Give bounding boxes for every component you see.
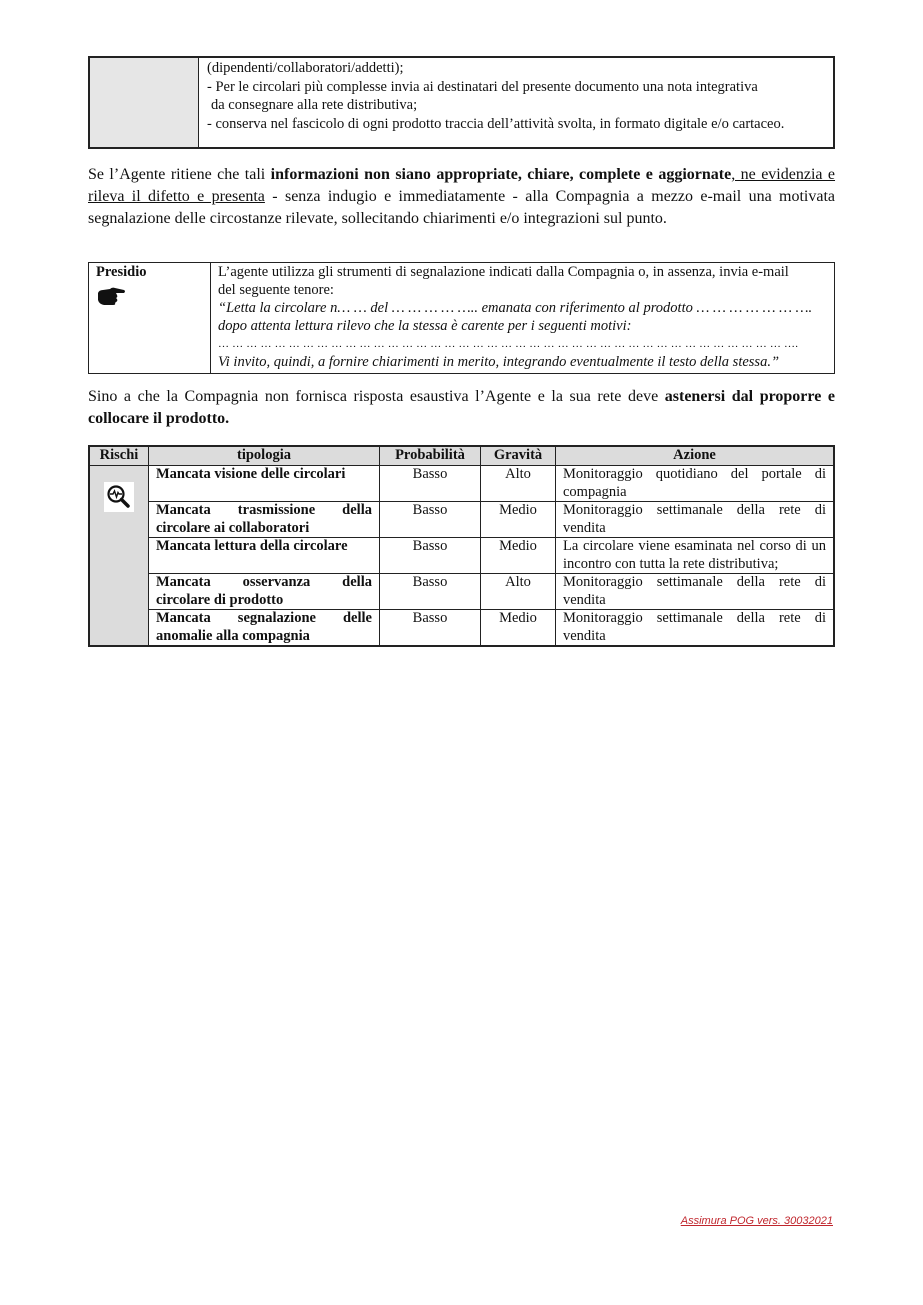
risk-header-tipologia: tipologia bbox=[149, 446, 380, 466]
risk-header-azione: Azione bbox=[556, 446, 835, 466]
risk-tipologia: Mancata segnalazione delle anomalie alla… bbox=[149, 610, 380, 647]
presidio-email-template: … … … … … … … … … … … … … … … … … … … … … bbox=[218, 335, 826, 353]
paragraph-agent-check: Se l’Agente ritiene che tali informazion… bbox=[88, 164, 835, 230]
risk-probabilita: Basso bbox=[380, 574, 481, 610]
risk-table-header-row: Rischi tipologia Probabilità Gravità Azi… bbox=[89, 446, 834, 466]
paragraph-text: Se l’Agente ritiene che tali bbox=[88, 166, 271, 183]
presidio-intro: L’agente utilizza gli strumenti di segna… bbox=[218, 263, 826, 281]
continuation-table: (dipendenti/collaboratori/addetti); - Pe… bbox=[88, 56, 835, 149]
rischi-icon-cell bbox=[89, 466, 149, 647]
continuation-line: - conserva nel fascicolo di ogni prodott… bbox=[207, 115, 825, 134]
risk-gravita: Alto bbox=[481, 574, 556, 610]
continuation-line: - Per le circolari più complesse invia a… bbox=[207, 78, 825, 97]
continuation-line: da consegnare alla rete distributiva; bbox=[207, 96, 825, 115]
magnifier-pulse-icon bbox=[104, 482, 134, 512]
risk-tipologia: Mancata visione delle circolari bbox=[149, 466, 380, 502]
risk-table: Rischi tipologia Probabilità Gravità Azi… bbox=[88, 445, 835, 647]
continuation-line: (dipendenti/collaboratori/addetti); bbox=[207, 59, 825, 78]
paragraph-bold-text: informazioni non siano appropriate, chia… bbox=[271, 166, 732, 183]
risk-probabilita: Basso bbox=[380, 538, 481, 574]
risk-azione: Monitoraggio settimanale della rete di v… bbox=[556, 502, 835, 538]
table-row: Mancata trasmissione della circolare ai … bbox=[89, 502, 834, 538]
risk-header-gravita: Gravità bbox=[481, 446, 556, 466]
risk-tipologia: Mancata trasmissione della circolare ai … bbox=[149, 502, 380, 538]
table-row: Mancata segnalazione delle anomalie alla… bbox=[89, 610, 834, 647]
paragraph-text: Sino a che la Compagnia non fornisca ris… bbox=[88, 388, 665, 405]
risk-header-probabilita: Probabilità bbox=[380, 446, 481, 466]
risk-azione: Monitoraggio settimanale della rete di v… bbox=[556, 574, 835, 610]
continuation-table-content-cell: (dipendenti/collaboratori/addetti); - Pe… bbox=[199, 57, 835, 148]
risk-probabilita: Basso bbox=[380, 610, 481, 647]
risk-azione: Monitoraggio settimanale della rete di v… bbox=[556, 610, 835, 647]
table-row: Mancata visione delle circolari Basso Al… bbox=[89, 466, 834, 502]
risk-gravita: Medio bbox=[481, 502, 556, 538]
risk-azione: Monitoraggio quotidiano del portale di c… bbox=[556, 466, 835, 502]
presidio-email-template: dopo attenta lettura rilevo che la stess… bbox=[218, 317, 826, 335]
pointing-hand-icon bbox=[96, 285, 126, 307]
risk-gravita: Medio bbox=[481, 610, 556, 647]
presidio-label-cell: Presidio bbox=[89, 263, 211, 374]
presidio-intro: del seguente tenore: bbox=[218, 281, 826, 299]
presidio-table: Presidio L’agente utilizza gli strumenti… bbox=[88, 262, 835, 374]
presidio-email-template: Vi invito, quindi, a fornire chiarimenti… bbox=[218, 353, 826, 371]
risk-probabilita: Basso bbox=[380, 502, 481, 538]
risk-probabilita: Basso bbox=[380, 466, 481, 502]
risk-tipologia: Mancata lettura della circolare bbox=[149, 538, 380, 574]
risk-header-rischi: Rischi bbox=[89, 446, 149, 466]
table-row: Mancata lettura della circolare Basso Me… bbox=[89, 538, 834, 574]
risk-azione: La circolare viene esaminata nel corso d… bbox=[556, 538, 835, 574]
presidio-email-template: “Letta la circolare n… … del … … … … …..… bbox=[218, 299, 826, 317]
presidio-content-cell: L’agente utilizza gli strumenti di segna… bbox=[211, 263, 835, 374]
version-note: Assimura POG vers. 30032021 bbox=[681, 1215, 833, 1227]
table-row: Mancata osservanza della circolare di pr… bbox=[89, 574, 834, 610]
continuation-table-label-cell bbox=[89, 57, 199, 148]
risk-gravita: Medio bbox=[481, 538, 556, 574]
presidio-label: Presidio bbox=[96, 264, 204, 281]
risk-tipologia: Mancata osservanza della circolare di pr… bbox=[149, 574, 380, 610]
risk-gravita: Alto bbox=[481, 466, 556, 502]
paragraph-abstain: Sino a che la Compagnia non fornisca ris… bbox=[88, 386, 835, 430]
